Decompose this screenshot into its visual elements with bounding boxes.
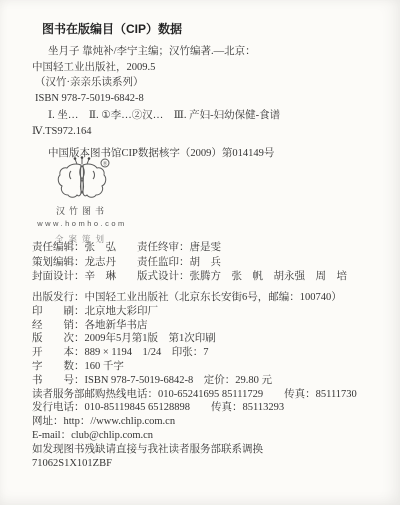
hanzhu-pandas-logo-icon: ®	[30, 155, 134, 203]
cip-publisher-line: 中国轻工业出版社，2009.5	[32, 60, 280, 76]
staff-line-design: 封面设计：辛 琳 版式设计：张腾方 张 帆 胡永强 周 培	[32, 270, 347, 285]
publisher-website: www.homho.com	[30, 219, 134, 228]
pub-line-distributor: 经 销：各地新华书店	[32, 319, 357, 333]
pub-line-isbn-price: 书 号：ISBN 978-7-5019-6842-8 定价：29.80 元	[32, 374, 357, 388]
staff-line-planning: 策划编辑：龙志丹 责任监印：胡 兵	[32, 256, 347, 271]
staff-line-editors: 责任编辑：张 弘 责任终审：唐是雯	[32, 241, 347, 256]
pub-line-wordcount: 字 数：160 千字	[32, 360, 357, 374]
cip-classification-line-2: Ⅳ.TS972.164	[32, 124, 280, 140]
cip-isbn-line: ISBN 978-7-5019-6842-8	[35, 91, 280, 107]
contact-line-website: 网址：http：//www.chlip.com.cn	[32, 415, 357, 429]
print-batch-code: 71062S1X101ZBF	[32, 457, 357, 471]
cip-series-line: （汉竹·亲亲乐读系列）	[35, 75, 280, 91]
pub-line-edition: 版 次：2009年5月第1版 第1次印刷	[32, 332, 357, 346]
cip-title: 图书在版编目（CIP）数据	[42, 20, 280, 37]
pub-line-format: 开 本：889 × 1194 1/24 印张：7	[32, 346, 357, 360]
pub-line-publisher: 出版发行：中国轻工业出版社（北京东长安街6号，邮编：100740）	[32, 291, 357, 305]
editorial-staff-section: 责任编辑：张 弘 责任终审：唐是雯 策划编辑：龙志丹 责任监印：胡 兵 封面设计…	[32, 241, 347, 285]
publication-info-section: 出版发行：中国轻工业出版社（北京东长安街6号，邮编：100740） 印 刷：北京…	[32, 291, 357, 470]
book-copyright-page: 图书在版编目（CIP）数据 坐月子 靠炖补/李宁主编；汉竹编著.—北京： 中国轻…	[0, 0, 400, 505]
registered-trademark-symbol: ®	[103, 161, 108, 168]
publisher-brand-name: 汉竹图书	[30, 204, 134, 217]
contact-line-replacement-notice: 如发现图书残缺请直接与我社读者服务部联系调换	[32, 443, 357, 457]
contact-line-sales-phone: 发行电话：010-85119845 65128898 传真：85113293	[32, 401, 357, 415]
pub-line-printer: 印 刷：北京地大彩印厂	[32, 305, 357, 319]
cip-section: 图书在版编目（CIP）数据 坐月子 靠炖补/李宁主编；汉竹编著.—北京： 中国轻…	[32, 20, 280, 162]
contact-line-reader-hotline: 读者服务部邮购热线电话：010-65241695 85111729 传真：851…	[32, 388, 357, 402]
cip-book-statement: 坐月子 靠炖补/李宁主编；汉竹编著.—北京：	[48, 44, 280, 60]
publisher-logo-block: ® 汉竹图书 www.homho.com 全案策划	[30, 155, 134, 245]
contact-line-email: E-mail：club@chlip.com.cn	[32, 429, 357, 443]
cip-classification-line-1: Ⅰ. 坐… Ⅱ. ①李…②汉… Ⅲ. 产妇-妇幼保健-食谱	[48, 108, 280, 124]
